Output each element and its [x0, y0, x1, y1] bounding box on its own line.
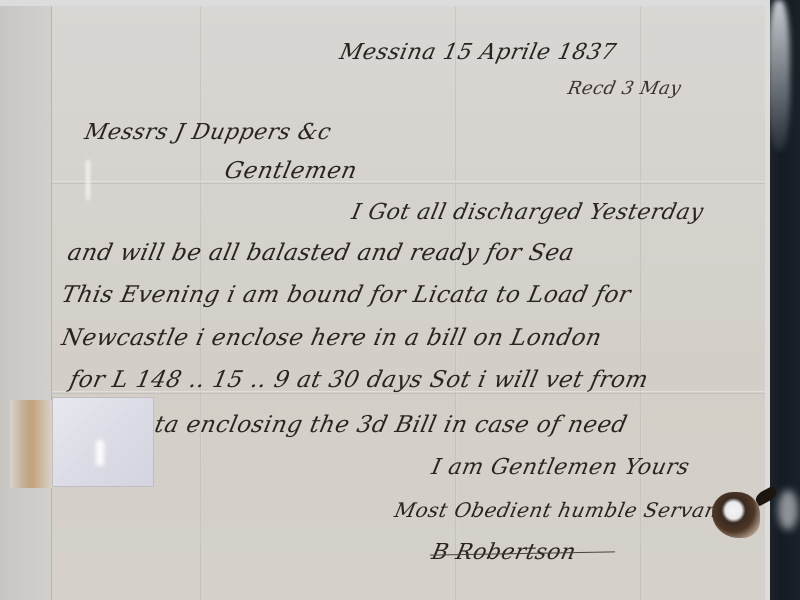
body-line: This Evening i am bound for Licata to Lo… [59, 282, 633, 308]
fold-line-horizontal [0, 181, 765, 184]
body-line: and will be all balasted and ready for S… [65, 240, 576, 266]
body-line: for L 148 .. 15 .. 9 at 30 days Sot i wi… [67, 367, 650, 393]
closing-line: Most Obedient humble Servant [392, 498, 729, 522]
cutout-reflection [96, 440, 104, 466]
sleeve-glare [768, 0, 790, 150]
received-note: Recd 3 May [566, 78, 684, 99]
body-line: ta enclosing the 3d Bill in case of need [152, 412, 629, 438]
salutation: Gentlemen [222, 158, 359, 184]
body-line: Newcastle i enclose here in a bill on Lo… [59, 325, 604, 351]
closing-line: I am Gentlemen Yours [429, 455, 692, 480]
place-date-heading: Messina 15 Aprile 1837 [337, 40, 618, 65]
body-line: I Got all discharged Yesterday [349, 200, 705, 225]
addressee: Messrs J Duppers &c [82, 120, 333, 145]
tape-repair-strip [10, 400, 52, 488]
sleeve-reflection [86, 160, 90, 200]
letter-left-flap [0, 6, 52, 600]
sleeve-glare-lower [778, 490, 798, 530]
